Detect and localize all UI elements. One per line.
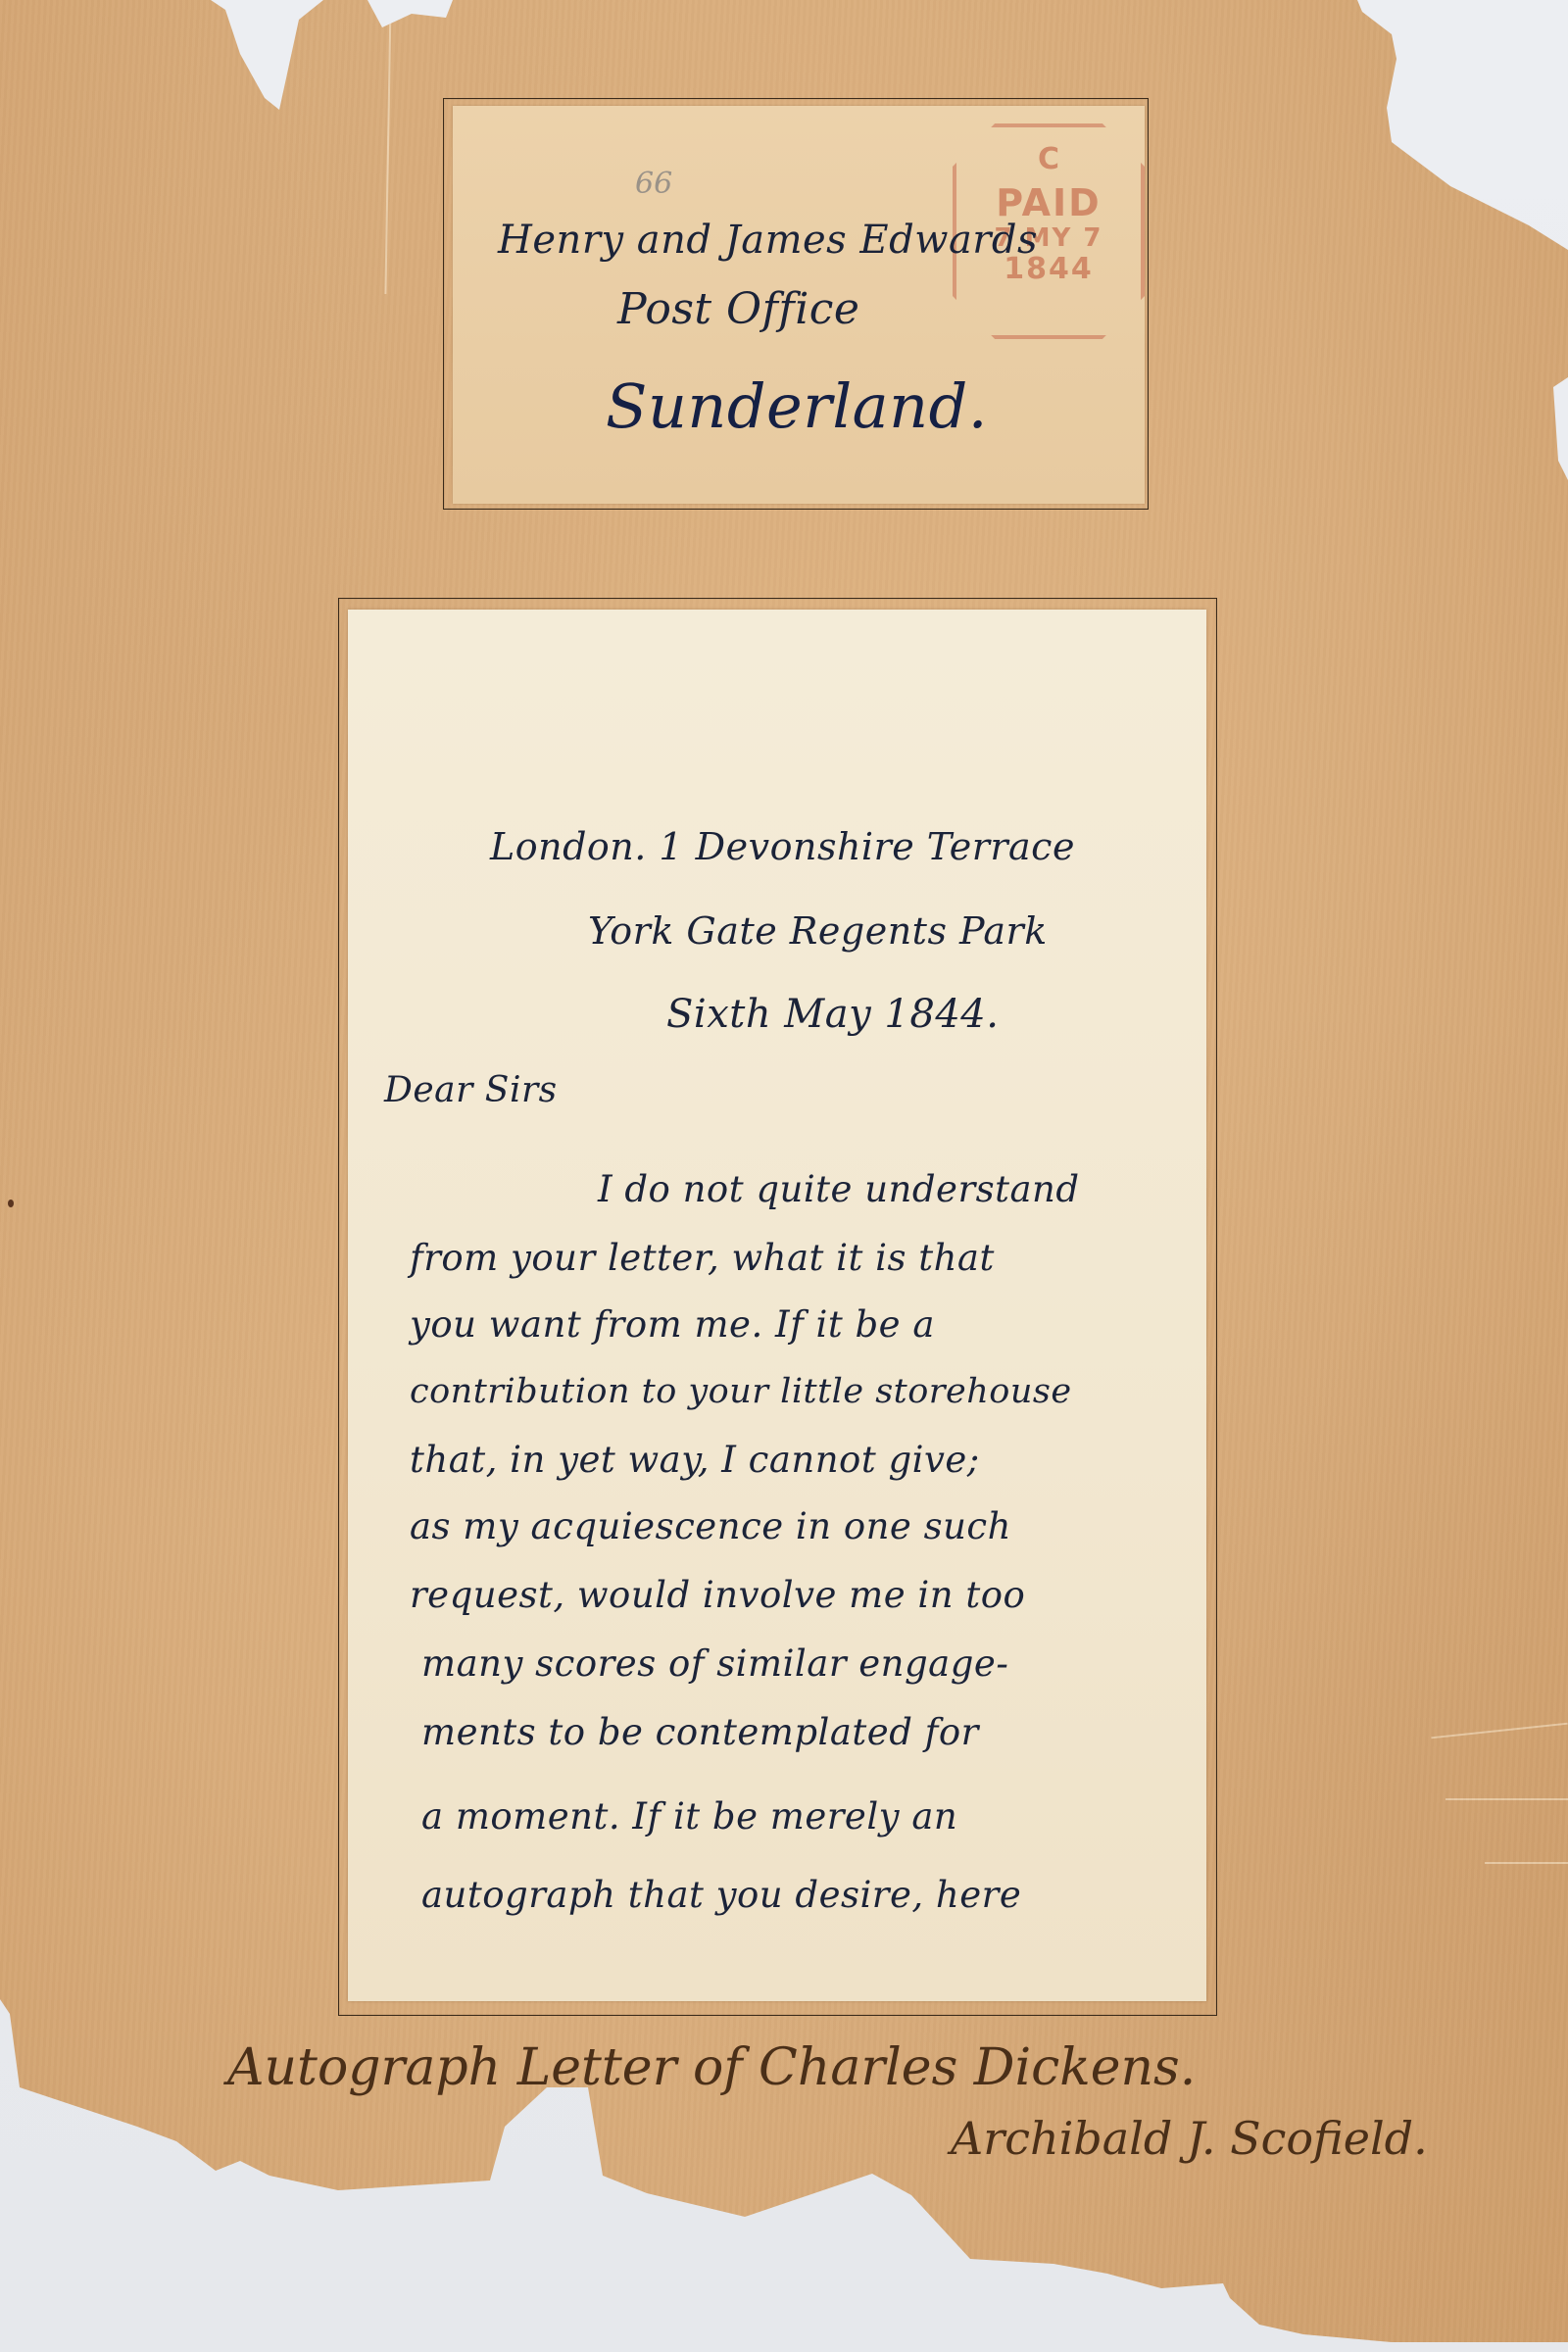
letter-date: Sixth May 1844. [666, 992, 999, 1037]
letter-body-line: request, would involve me in too [410, 1574, 1025, 1616]
envelope-town: Sunderland. [606, 370, 988, 442]
paper-crack [384, 0, 391, 294]
letter-body-line: I do not quite understand [598, 1168, 1080, 1210]
letter-body-line: you want from me. If it be a [410, 1303, 935, 1346]
envelope-post-office: Post Office [617, 284, 859, 334]
postmark-paid: PAID [956, 184, 1141, 221]
mount-caption-title: Autograph Letter of Charles Dickens. [227, 2038, 1196, 2097]
foxing-spot [8, 1200, 14, 1207]
letter-address-line-1: London. 1 Devonshire Terrace [490, 825, 1075, 868]
letter-body-line: that, in yet way, I cannot give; [410, 1439, 980, 1481]
letter-body-line: from your letter, what it is that [410, 1237, 995, 1279]
letter-salutation: Dear Sirs [384, 1070, 558, 1110]
paper-crack [1431, 1723, 1567, 1739]
pencil-mark: 66 [635, 167, 672, 201]
postmark-letter: C [956, 145, 1141, 174]
paper-crack [1445, 1798, 1568, 1800]
letter-body-line: contribution to your little storehouse [410, 1372, 1072, 1411]
letter-body-line: as my acquiescence in one such [410, 1505, 1011, 1547]
paper-crack [1485, 1862, 1568, 1864]
letter-body-line: ments to be contemplated for [421, 1711, 979, 1753]
letter-body-line: a moment. If it be merely an [421, 1795, 957, 1837]
letter-body-line: many scores of similar engage- [421, 1642, 1008, 1685]
envelope-addressee: Henry and James Edwards [498, 218, 1038, 263]
letter-address-line-2: York Gate Regents Park [588, 909, 1048, 953]
letter-body-line: autograph that you desire, here [421, 1874, 1021, 1916]
mount-caption-signature: Archibald J. Scofield. [951, 2112, 1428, 2165]
